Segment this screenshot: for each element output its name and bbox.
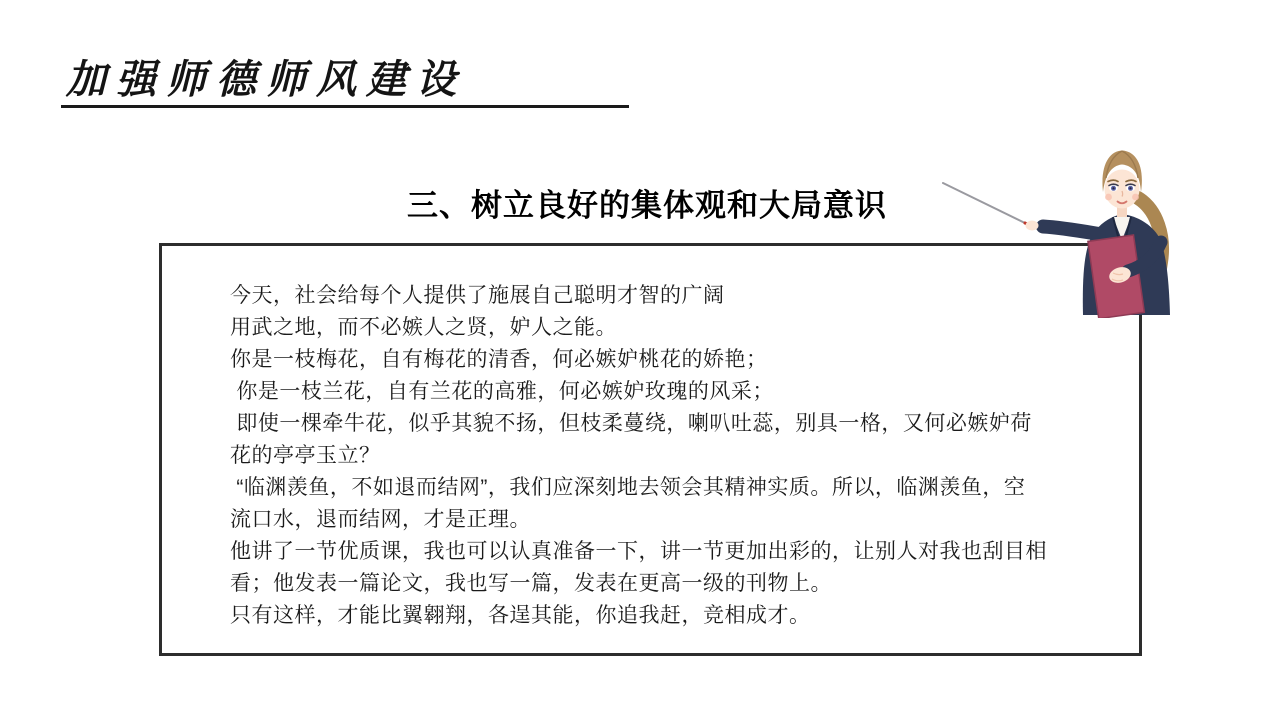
body-line: “临渊羡鱼，不如退而结网”，我们应深刻地去领会其精神实质。所以，临渊羡鱼，空 <box>230 472 1100 504</box>
blush-right <box>1132 194 1139 201</box>
body-line: 只有这样，才能比翼翱翔，各逞其能，你追我赶，竞相成才。 <box>230 600 1100 632</box>
body-line: 流口水，退而结网，才是正理。 <box>230 504 1100 536</box>
nose <box>1122 191 1123 197</box>
teacher-pointing-illustration <box>925 138 1180 318</box>
pointer-stick-icon <box>943 183 1030 226</box>
body-line: 他讲了一节优质课，我也可以认真准备一下，讲一节更加出彩的，让别人对我也刮目相 <box>230 536 1100 568</box>
header-underline <box>61 105 629 108</box>
pointing-hand <box>1026 221 1039 231</box>
body-text: 今天，社会给每个人提供了施展自己聪明才智的广阔 用武之地，而不必嫉人之贤，妒人之… <box>230 280 1100 632</box>
body-line: 即使一棵牵牛花，似乎其貌不扬，但枝柔蔓绕，喇叭吐蕊，别具一格，又何必嫉妒荷 <box>230 408 1100 440</box>
extended-arm-sleeve <box>1043 227 1099 235</box>
body-line: 花的亭亭玉立？ <box>230 440 1100 472</box>
presentation-slide: 加强师德师风建设 三、树立良好的集体观和大局意识 今天，社会给每个人提供了施展自… <box>0 0 1280 720</box>
body-line: 你是一枝梅花，自有梅花的清香，何必嫉妒桃花的娇艳； <box>230 344 1100 376</box>
blush-left <box>1105 194 1112 201</box>
body-line: 看；他发表一篇论文，我也写一篇，发表在更高一级的刊物上。 <box>230 568 1100 600</box>
slide-header-title: 加强师德师风建设 <box>66 48 466 105</box>
body-line: 你是一枝兰花，自有兰花的高雅，何必嫉妒玫瑰的风采； <box>230 376 1100 408</box>
